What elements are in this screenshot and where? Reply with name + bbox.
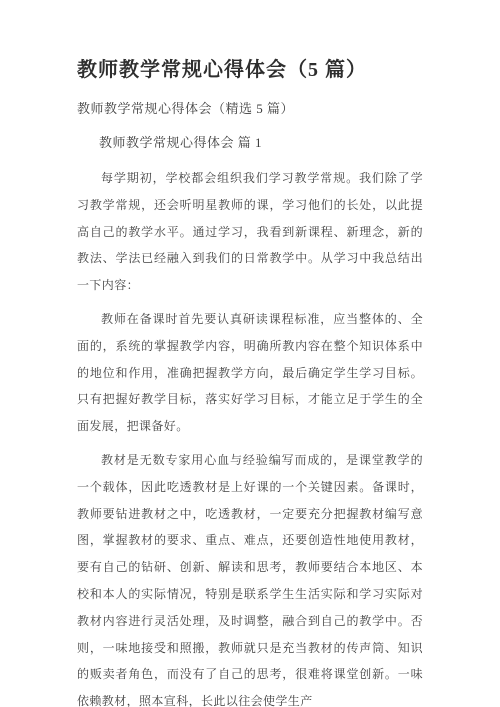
body-paragraph: 教材是无数专家用心血与经验编写而成的，是课堂教学的一个载体，因此吃透教材是上好课… [77,447,423,707]
document-body: 每学期初，学校都会组织我们学习教学常规。我们除了学习教学常规，还会听明星教师的课… [77,165,423,707]
body-paragraph: 教师在备课时首先要认真研读课程标准，应当整体的、全面的，系统的掌握教学内容，明确… [77,306,423,440]
document-content: 教师教学常规心得体会（5 篇） 教师教学常规心得体会（精选 5 篇） 教师教学常… [0,0,500,707]
document-subtitle: 教师教学常规心得体会（精选 5 篇） [77,100,423,118]
section-heading: 教师教学常规心得体会 篇 1 [77,134,423,152]
body-paragraph: 每学期初，学校都会组织我们学习教学常规。我们除了学习教学常规，还会听明星教师的课… [77,165,423,299]
document-title: 教师教学常规心得体会（5 篇） [77,57,423,83]
document-page: 教师教学常规心得体会（5 篇） 教师教学常规心得体会（精选 5 篇） 教师教学常… [0,0,500,707]
